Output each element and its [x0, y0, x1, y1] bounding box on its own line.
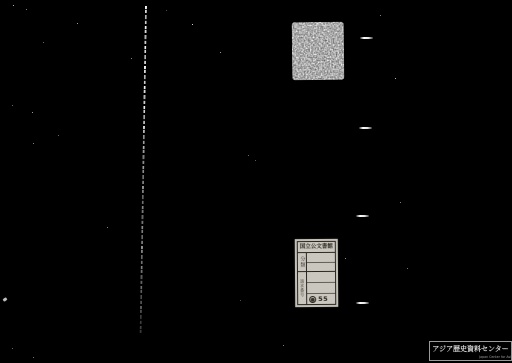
- call-number-row-1: 2 A: [307, 272, 335, 283]
- binding-stitch-mark: [359, 127, 372, 129]
- classification-row-1: [307, 253, 335, 263]
- binding-stitch-mark: [356, 302, 369, 304]
- worn-title-label: [292, 22, 345, 81]
- call-number-row-3: 55: [307, 294, 335, 304]
- jacar-watermark: アジア歴史資料センター Japan Center for Asian Histo…: [429, 341, 512, 361]
- watermark-japanese-title: アジア歴史資料センター: [432, 345, 508, 353]
- cover-fold-line: [140, 6, 147, 334]
- scanned-document-page: 国立公文書館 分類 請求番号: [0, 0, 512, 363]
- noise-texture: [292, 22, 345, 81]
- classification-field-label: 分類: [298, 253, 307, 271]
- circled-seal-icon: [309, 296, 316, 303]
- classification-row-2: [307, 262, 335, 271]
- watermark-english-title: Japan Center for Asian Historical Record…: [479, 356, 512, 358]
- binding-stitch-mark: [356, 215, 369, 217]
- call-number-field-label: 請求番号: [298, 272, 307, 304]
- classification-section: 分類: [298, 253, 335, 272]
- label-header: 国立公文書館: [298, 242, 335, 253]
- scan-dust-specks: [0, 0, 1, 1]
- scan-edge-mark: [3, 297, 8, 302]
- label-table: 国立公文書館 分類 請求番号: [297, 241, 336, 305]
- archive-call-number-label: 国立公文書館 分類 請求番号: [295, 239, 338, 307]
- call-number-row-2: 1: [307, 283, 335, 294]
- binding-stitch-mark: [360, 37, 373, 39]
- call-number-section: 請求番号 2 A 1 55: [298, 272, 335, 304]
